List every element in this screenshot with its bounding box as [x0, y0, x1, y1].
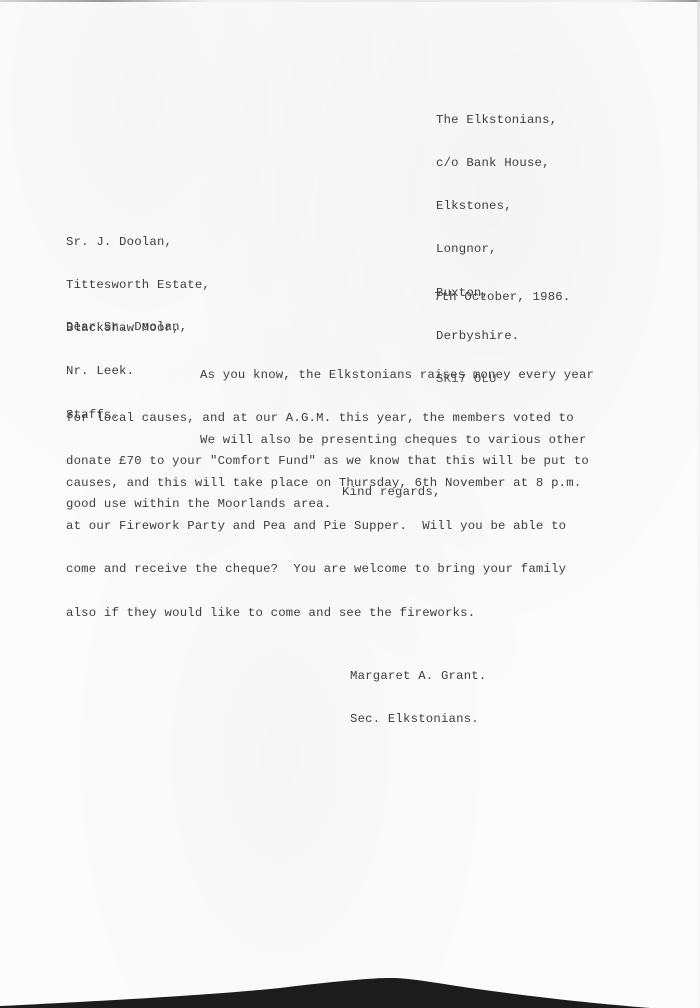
paragraph-line: causes, and this will take place on Thur… [66, 476, 587, 490]
salutation: Dear Sr. Doolan, [66, 320, 187, 334]
paragraph-line: also if they would like to come and see … [66, 606, 587, 620]
signatory-title: Sec. Elkstonians. [350, 712, 486, 726]
recipient-address-line: Sr. J. Doolan, [66, 235, 210, 249]
sender-address-line: The Elkstonians, [436, 113, 557, 127]
letter-page: The Elkstonians, c/o Bank House, Elkston… [0, 0, 700, 1008]
recipient-address-line: Tittesworth Estate, [66, 278, 210, 292]
sender-address-line: c/o Bank House, [436, 156, 557, 170]
scan-top-edge [0, 0, 700, 2]
signature-block: Margaret A. Grant. Sec. Elkstonians. [350, 640, 486, 755]
sender-address-line: Elkstones, [436, 199, 557, 213]
letter-date: 7th October, 1986. [434, 290, 570, 304]
scan-shadow-artifact [0, 968, 700, 1008]
paragraph-line: at our Firework Party and Pea and Pie Su… [66, 519, 587, 533]
sender-address-line: Longnor, [436, 242, 557, 256]
paragraph-line: As you know, the Elkstonians raises mone… [200, 368, 594, 382]
signatory-name: Margaret A. Grant. [350, 669, 486, 683]
body-paragraph-2: We will also be presenting cheques to va… [66, 404, 587, 649]
paragraph-line: We will also be presenting cheques to va… [200, 433, 587, 447]
paragraph-line: come and receive the cheque? You are wel… [66, 562, 587, 576]
closing: Kind regards, [342, 485, 441, 499]
